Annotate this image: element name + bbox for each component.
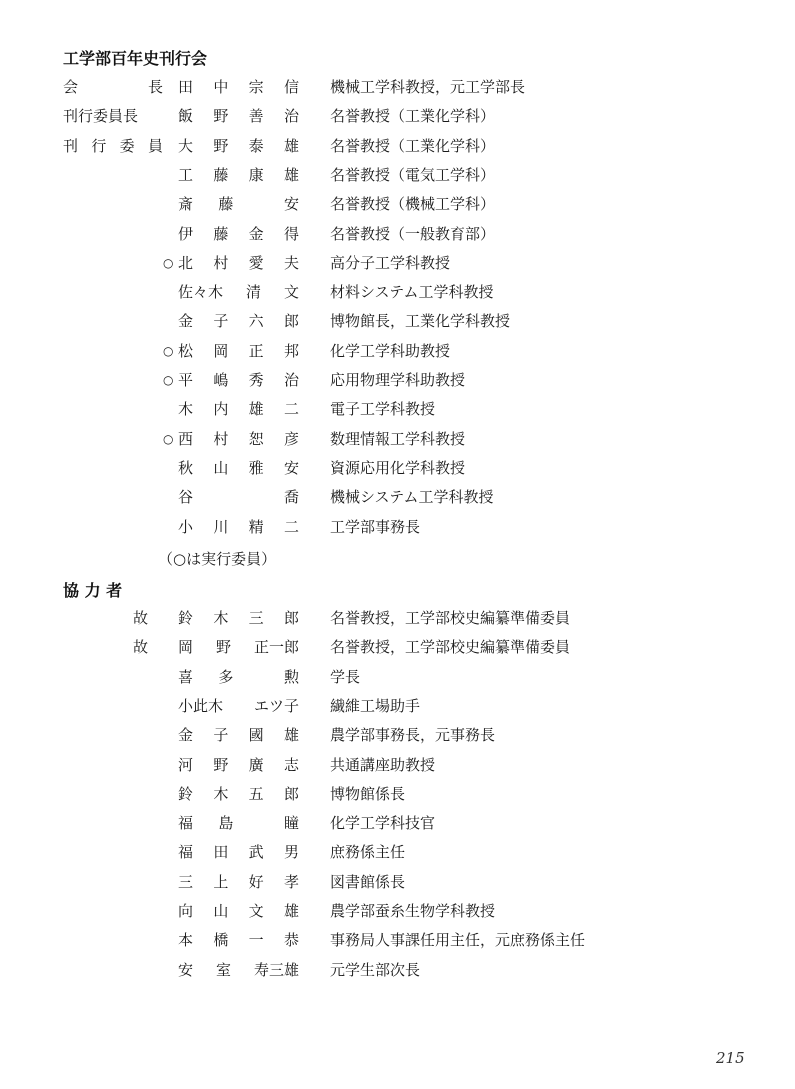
cooperator-name: 三上好孝 xyxy=(178,872,299,892)
cooperator-title: 図書館係長 xyxy=(330,872,405,892)
committee-row: 伊藤金得名誉教授（一般教育部） xyxy=(0,224,795,253)
name-part: 宗 xyxy=(249,77,264,97)
name-part: 廣 xyxy=(249,755,264,775)
name-part: 康 xyxy=(249,165,264,185)
name-part: 文 xyxy=(284,282,299,302)
name-part: 野 xyxy=(213,106,228,126)
name-part: 郎 xyxy=(284,784,299,804)
member-name: 西村恕彦 xyxy=(178,429,299,449)
cooperator-title: 学長 xyxy=(330,667,360,687)
committee-row: 小川精二工学部事務長 xyxy=(0,517,795,546)
name-part: 藤 xyxy=(213,165,228,185)
role-part: 刊行委員長 xyxy=(63,106,138,126)
deceased-marker: 故 xyxy=(133,608,148,628)
cooperator-row: 故岡野正一郎名誉教授，工学部校史編纂準備委員 xyxy=(0,637,795,666)
member-title: 高分子工学科教授 xyxy=(330,253,450,273)
name-part: 鈴 xyxy=(178,608,193,628)
name-part: 恕 xyxy=(249,429,264,449)
name-part: 三 xyxy=(249,608,264,628)
member-title: 名誉教授（電気工学科） xyxy=(330,165,495,185)
cooperator-name: 小此木エツ子 xyxy=(178,696,299,716)
member-title: 化学工学科助教授 xyxy=(330,341,450,361)
name-part: 雄 xyxy=(284,165,299,185)
member-name: 佐々木清文 xyxy=(178,282,299,302)
name-part: 子 xyxy=(213,311,228,331)
name-part: 田 xyxy=(178,77,193,97)
name-part: 山 xyxy=(213,901,228,921)
committee-row: ○平嶋秀治応用物理学科助教授 xyxy=(0,370,795,399)
name-part: エツ子 xyxy=(254,696,299,716)
name-part: 野 xyxy=(213,136,228,156)
committee-row: ○西村恕彦数理情報工学科教授 xyxy=(0,429,795,458)
name-part: 佐々木 xyxy=(178,282,223,302)
name-part: 秋 xyxy=(178,458,193,478)
name-part: 勲 xyxy=(284,667,299,687)
name-part: 雅 xyxy=(249,458,264,478)
cooperator-name: 福田武男 xyxy=(178,842,299,862)
executive-marker: ○ xyxy=(163,253,177,273)
executive-member-note: （○は実行委員） xyxy=(158,548,276,569)
executive-marker: ○ xyxy=(163,341,177,361)
name-part: 大 xyxy=(178,136,193,156)
cooperator-title: 繊維工場助手 xyxy=(330,696,420,716)
name-part: 彦 xyxy=(284,429,299,449)
deceased-marker: 故 xyxy=(133,637,148,657)
name-part: 平 xyxy=(178,370,193,390)
name-part: 清 xyxy=(246,282,261,302)
role-part: 長 xyxy=(148,77,163,97)
member-name: 工藤康雄 xyxy=(178,165,299,185)
executive-marker: ○ xyxy=(163,429,177,449)
committee-row: 谷喬機械システム工学科教授 xyxy=(0,487,795,516)
name-part: 山 xyxy=(213,458,228,478)
name-part: 志 xyxy=(284,755,299,775)
member-name: 平嶋秀治 xyxy=(178,370,299,390)
committee-row: 会長田中宗信機械工学科教授，元工学部長 xyxy=(0,77,795,106)
cooperator-title: 博物館係長 xyxy=(330,784,405,804)
member-title: 名誉教授（工業化学科） xyxy=(330,106,495,126)
name-part: 藤 xyxy=(213,224,228,244)
role-part: 行 xyxy=(91,136,106,156)
name-part: 恭 xyxy=(284,930,299,950)
committee-row: 斎藤安名誉教授（機械工学科） xyxy=(0,194,795,223)
cooperator-name: 喜多勲 xyxy=(178,667,299,687)
name-part: 治 xyxy=(284,106,299,126)
cooperator-name: 福島瞳 xyxy=(178,813,299,833)
name-part: 安 xyxy=(284,194,299,214)
member-name: 秋山雅安 xyxy=(178,458,299,478)
name-part: 子 xyxy=(213,725,228,745)
name-part: 木 xyxy=(213,784,228,804)
committee-row: 秋山雅安資源応用化学科教授 xyxy=(0,458,795,487)
name-part: 郎 xyxy=(284,311,299,331)
cooperator-title: 農学部事務長，元事務長 xyxy=(330,725,495,745)
name-part: 金 xyxy=(178,311,193,331)
page-number: 215 xyxy=(716,1049,745,1067)
name-part: 岡 xyxy=(178,637,193,657)
cooperator-title: 農学部蚕糸生物学科教授 xyxy=(330,901,495,921)
name-part: 鈴 xyxy=(178,784,193,804)
cooperator-row: 故鈴木三郎名誉教授，工学部校史編纂準備委員 xyxy=(0,608,795,637)
cooperator-name: 安室寿三雄 xyxy=(178,960,299,980)
name-part: 二 xyxy=(284,399,299,419)
cooperator-row: 福田武男庶務係主任 xyxy=(0,842,795,871)
member-name: 木内雄二 xyxy=(178,399,299,419)
executive-marker: ○ xyxy=(163,370,177,390)
name-part: 福 xyxy=(178,842,193,862)
member-title: 数理情報工学科教授 xyxy=(330,429,465,449)
member-name: 松岡正邦 xyxy=(178,341,299,361)
name-part: 中 xyxy=(213,77,228,97)
name-part: 孝 xyxy=(284,872,299,892)
member-name: 斎藤安 xyxy=(178,194,299,214)
name-part: 精 xyxy=(249,517,264,537)
name-part: 金 xyxy=(249,224,264,244)
name-part: 文 xyxy=(249,901,264,921)
member-name: 小川精二 xyxy=(178,517,299,537)
cooperator-row: 河野廣志共通講座助教授 xyxy=(0,755,795,784)
name-part: 好 xyxy=(249,872,264,892)
name-part: 小 xyxy=(178,517,193,537)
name-part: 松 xyxy=(178,341,193,361)
name-part: 信 xyxy=(284,77,299,97)
member-name: 田中宗信 xyxy=(178,77,299,97)
name-part: 郎 xyxy=(284,608,299,628)
name-part: 木 xyxy=(178,399,193,419)
name-part: 川 xyxy=(213,517,228,537)
name-part: 野 xyxy=(213,755,228,775)
role-part: 委 xyxy=(120,136,135,156)
name-part: 雄 xyxy=(284,136,299,156)
member-title: 応用物理学科助教授 xyxy=(330,370,465,390)
name-part: 村 xyxy=(213,429,228,449)
role-part: 刊 xyxy=(63,136,78,156)
cooperator-row: 福島瞳化学工学科技官 xyxy=(0,813,795,842)
committee-row: 刊行委員長飯野善治名誉教授（工業化学科） xyxy=(0,106,795,135)
name-part: 福 xyxy=(178,813,193,833)
name-part: 正 xyxy=(249,341,264,361)
role-part: 員 xyxy=(148,136,163,156)
name-part: 雄 xyxy=(284,901,299,921)
committee-row: 刊行委員大野泰雄名誉教授（工業化学科） xyxy=(0,136,795,165)
member-name: 大野泰雄 xyxy=(178,136,299,156)
member-name: 伊藤金得 xyxy=(178,224,299,244)
name-part: 邦 xyxy=(284,341,299,361)
name-part: 秀 xyxy=(249,370,264,390)
cooperator-name: 鈴木五郎 xyxy=(178,784,299,804)
name-part: 喜 xyxy=(178,667,193,687)
name-part: 田 xyxy=(213,842,228,862)
name-part: 善 xyxy=(249,106,264,126)
name-part: 男 xyxy=(284,842,299,862)
committee-row: 木内雄二電子工学科教授 xyxy=(0,399,795,428)
name-part: 木 xyxy=(213,608,228,628)
member-title: 電子工学科教授 xyxy=(330,399,435,419)
member-title: 資源応用化学科教授 xyxy=(330,458,465,478)
name-part: 西 xyxy=(178,429,193,449)
name-part: 泰 xyxy=(249,136,264,156)
name-part: 安 xyxy=(178,960,193,980)
name-part: 金 xyxy=(178,725,193,745)
name-part: 六 xyxy=(249,311,264,331)
name-part: 工 xyxy=(178,165,193,185)
cooperator-row: 三上好孝図書館係長 xyxy=(0,872,795,901)
name-part: 正一郎 xyxy=(254,637,299,657)
member-title: 工学部事務長 xyxy=(330,517,420,537)
name-part: 内 xyxy=(213,399,228,419)
role-label: 刊行委員 xyxy=(63,136,163,156)
name-part: 谷 xyxy=(178,487,193,507)
name-part: 治 xyxy=(284,370,299,390)
name-part: 野 xyxy=(216,637,231,657)
role-label: 会長 xyxy=(63,77,163,97)
member-title: 名誉教授（機械工学科） xyxy=(330,194,495,214)
member-title: 機械工学科教授，元工学部長 xyxy=(330,77,525,97)
name-part: 室 xyxy=(216,960,231,980)
cooperator-row: 鈴木五郎博物館係長 xyxy=(0,784,795,813)
committee-row: 工藤康雄名誉教授（電気工学科） xyxy=(0,165,795,194)
name-part: 得 xyxy=(284,224,299,244)
member-title: 機械システム工学科教授 xyxy=(330,487,494,507)
cooperator-name: 河野廣志 xyxy=(178,755,299,775)
role-label: 刊行委員長 xyxy=(63,106,163,126)
name-part: 小此木 xyxy=(178,696,223,716)
name-part: 本 xyxy=(178,930,193,950)
name-part: 北 xyxy=(178,253,193,273)
name-part: 嶋 xyxy=(213,370,228,390)
name-part: 橋 xyxy=(213,930,228,950)
cooperator-title: 名誉教授，工学部校史編纂準備委員 xyxy=(330,637,570,657)
cooperator-row: 小此木エツ子繊維工場助手 xyxy=(0,696,795,725)
name-part: 五 xyxy=(249,784,264,804)
name-part: 愛 xyxy=(249,253,264,273)
cooperator-title: 事務局人事課任用主任，元庶務係主任 xyxy=(330,930,585,950)
name-part: 上 xyxy=(213,872,228,892)
cooperator-name: 本橋一恭 xyxy=(178,930,299,950)
name-part: 武 xyxy=(249,842,264,862)
cooperator-name: 向山文雄 xyxy=(178,901,299,921)
cooperator-title: 名誉教授，工学部校史編纂準備委員 xyxy=(330,608,570,628)
cooperator-name: 金子國雄 xyxy=(178,725,299,745)
name-part: 二 xyxy=(284,517,299,537)
cooperator-row: 金子國雄農学部事務長，元事務長 xyxy=(0,725,795,754)
name-part: 夫 xyxy=(284,253,299,273)
name-part: 瞳 xyxy=(284,813,299,833)
name-part: 喬 xyxy=(284,487,299,507)
name-part: 寿三雄 xyxy=(254,960,299,980)
name-part: 藤 xyxy=(218,194,233,214)
name-part: 伊 xyxy=(178,224,193,244)
name-part: 雄 xyxy=(284,725,299,745)
role-part: 会 xyxy=(63,77,78,97)
name-part: 岡 xyxy=(213,341,228,361)
committee-row: ○北村愛夫高分子工学科教授 xyxy=(0,253,795,282)
cooperator-row: 安室寿三雄元学生部次長 xyxy=(0,960,795,989)
cooperator-name: 鈴木三郎 xyxy=(178,608,299,628)
cooperator-title: 共通講座助教授 xyxy=(330,755,435,775)
name-part: 國 xyxy=(249,725,264,745)
name-part: 飯 xyxy=(178,106,193,126)
member-name: 北村愛夫 xyxy=(178,253,299,273)
cooperator-name: 岡野正一郎 xyxy=(178,637,299,657)
name-part: 河 xyxy=(178,755,193,775)
name-part: 島 xyxy=(218,813,233,833)
name-part: 安 xyxy=(284,458,299,478)
member-title: 博物館長，工業化学科教授 xyxy=(330,311,510,331)
name-part: 村 xyxy=(213,253,228,273)
committee-row: 金子六郎博物館長，工業化学科教授 xyxy=(0,311,795,340)
committee-title: 工学部百年史刊行会 xyxy=(63,46,207,69)
cooperators-title: 協 力 者 xyxy=(63,578,122,601)
cooperator-title: 元学生部次長 xyxy=(330,960,420,980)
cooperator-title: 庶務係主任 xyxy=(330,842,405,862)
member-title: 材料システム工学科教授 xyxy=(330,282,494,302)
name-part: 一 xyxy=(249,930,264,950)
name-part: 斎 xyxy=(178,194,193,214)
name-part: 雄 xyxy=(249,399,264,419)
member-name: 谷喬 xyxy=(178,487,299,507)
member-name: 金子六郎 xyxy=(178,311,299,331)
member-name: 飯野善治 xyxy=(178,106,299,126)
name-part: 多 xyxy=(218,667,233,687)
cooperator-row: 喜多勲学長 xyxy=(0,667,795,696)
member-title: 名誉教授（工業化学科） xyxy=(330,136,495,156)
member-title: 名誉教授（一般教育部） xyxy=(330,224,495,244)
name-part: 三 xyxy=(178,872,193,892)
cooperator-title: 化学工学科技官 xyxy=(330,813,435,833)
committee-row: 佐々木清文材料システム工学科教授 xyxy=(0,282,795,311)
committee-row: ○松岡正邦化学工学科助教授 xyxy=(0,341,795,370)
cooperator-row: 本橋一恭事務局人事課任用主任，元庶務係主任 xyxy=(0,930,795,959)
cooperator-row: 向山文雄農学部蚕糸生物学科教授 xyxy=(0,901,795,930)
name-part: 向 xyxy=(178,901,193,921)
